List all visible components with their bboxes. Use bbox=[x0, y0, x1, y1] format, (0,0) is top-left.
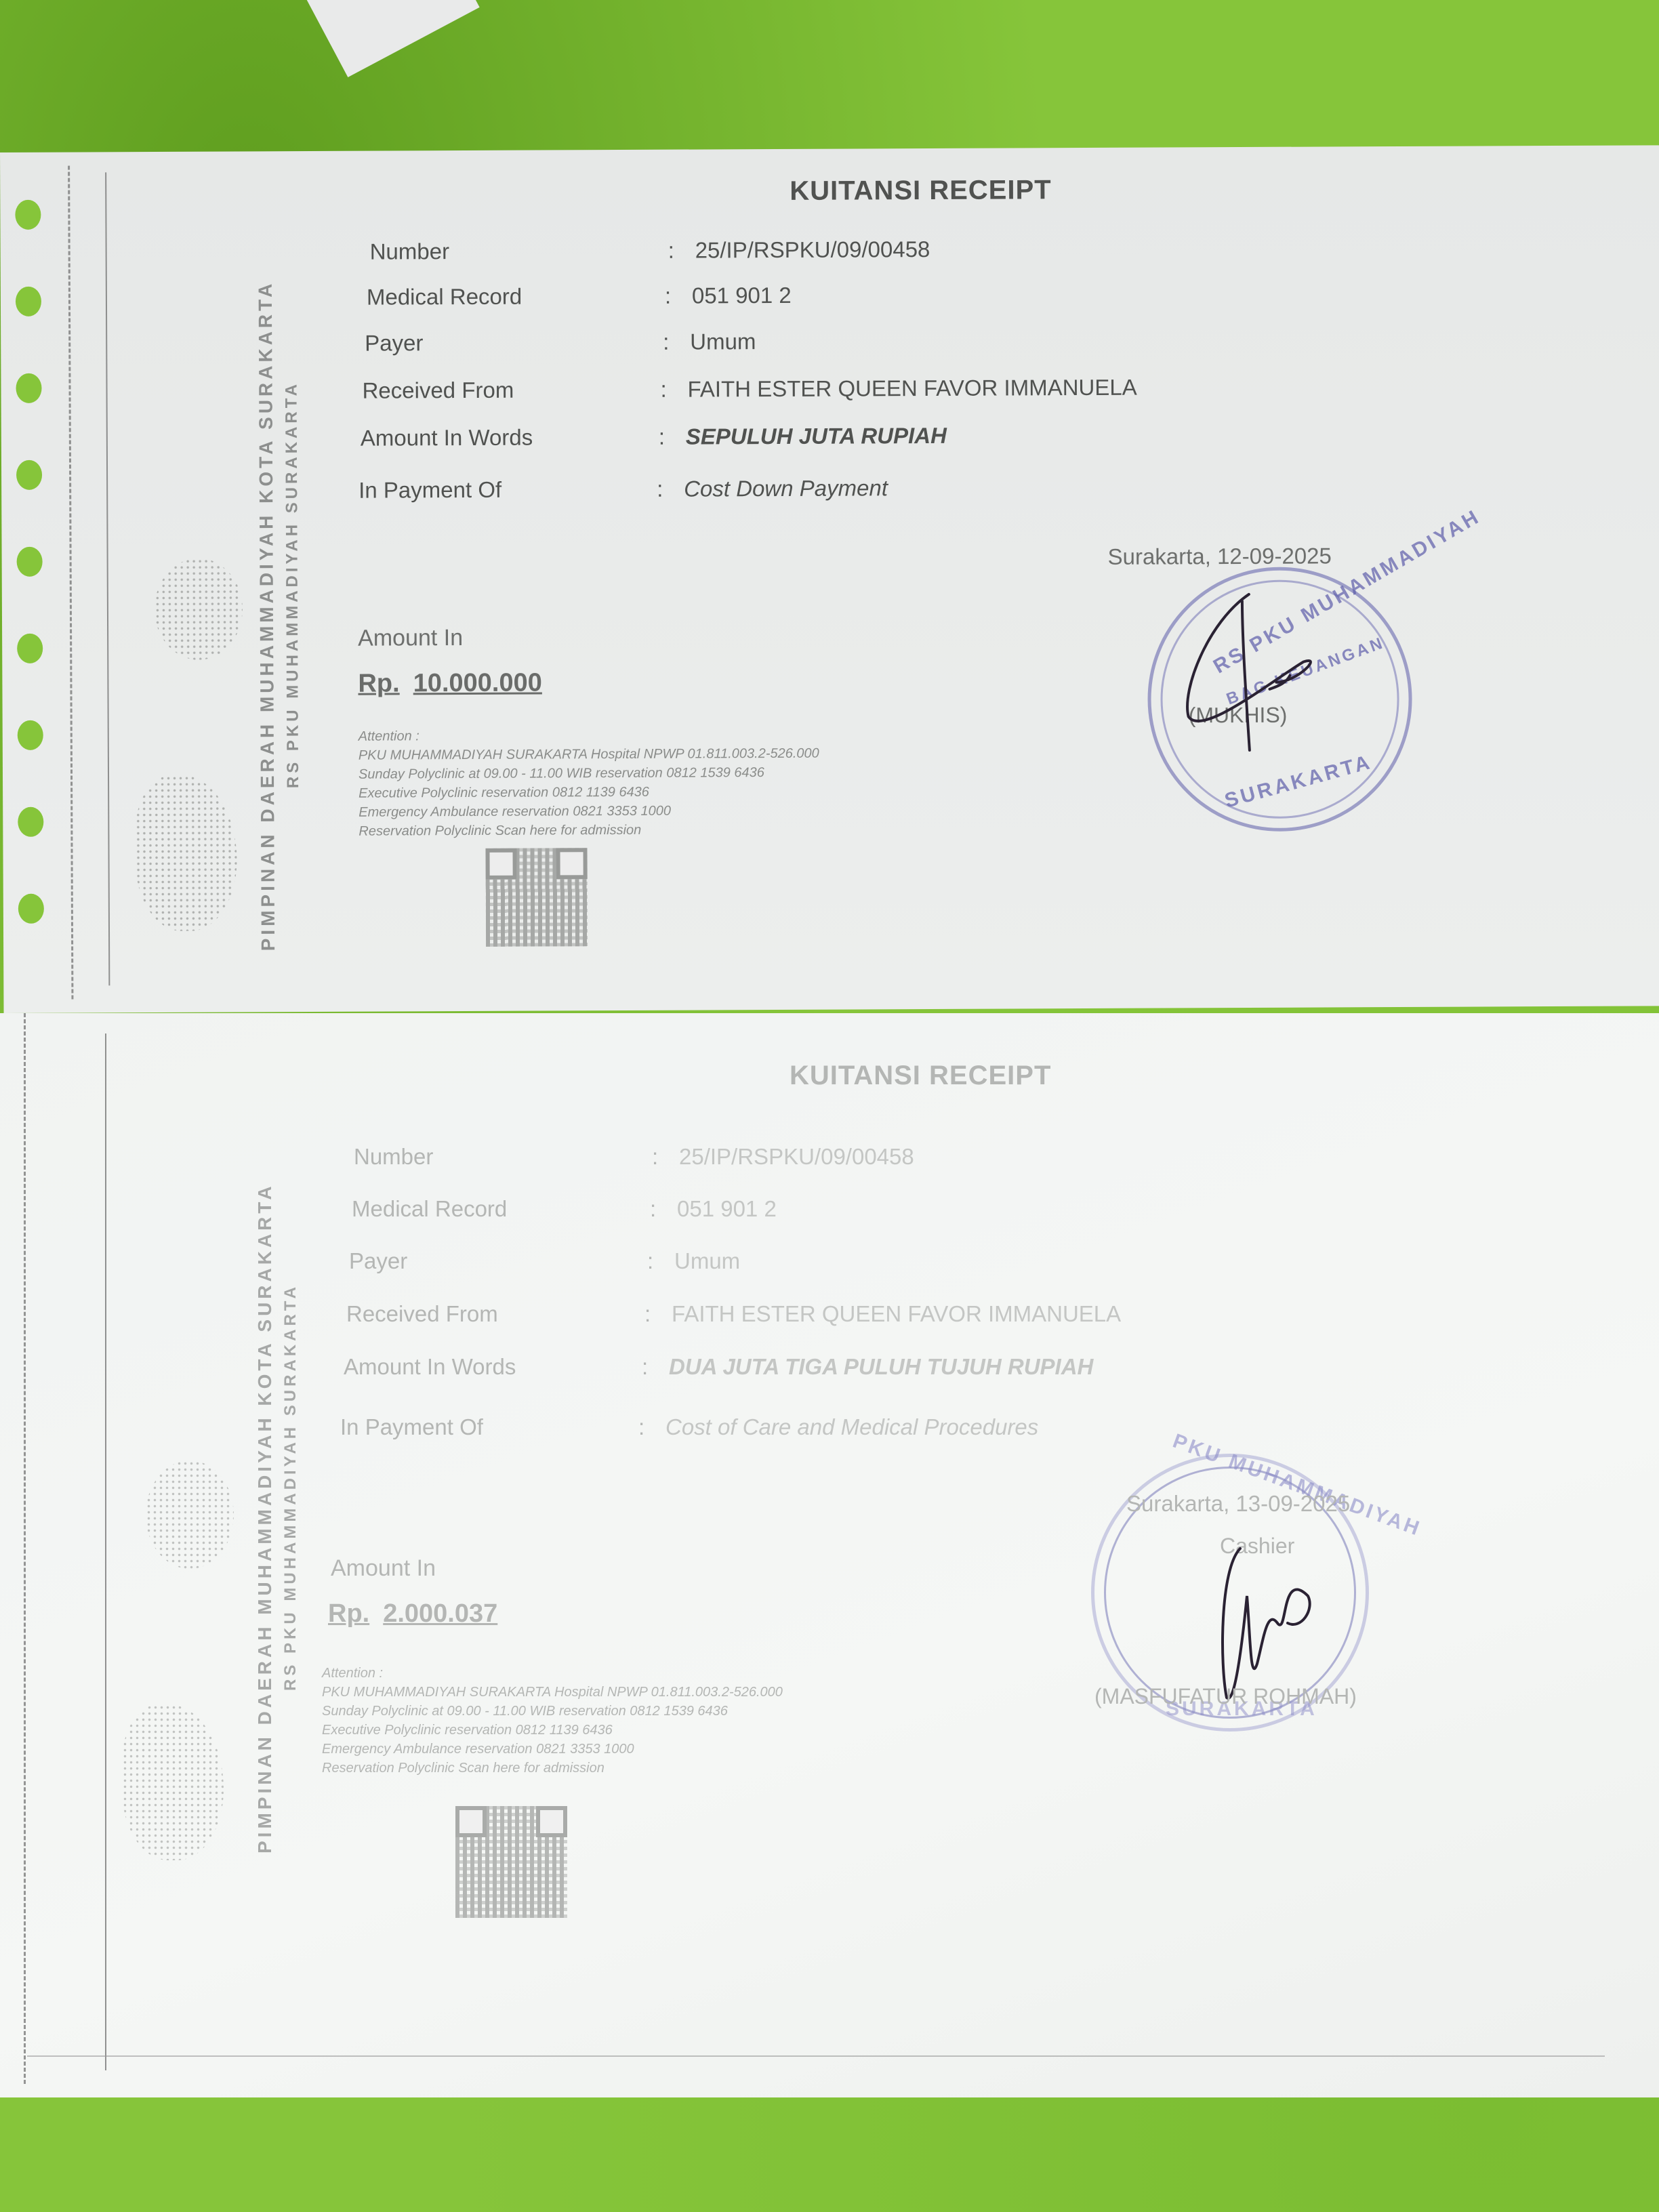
field-payment-of: In Payment Of:Cost of Care and Medical P… bbox=[340, 1414, 1038, 1440]
issuer-sidebar: PIMPINAN DAERAH MUHAMMADIYAH KOTA SURAKA… bbox=[119, 1040, 315, 1840]
amount-total: Rp.2.000.037 bbox=[328, 1599, 511, 1629]
field-payment-of: In Payment Of:Cost Down Payment bbox=[359, 475, 888, 503]
receipt-title: KUITANSI RECEIPT bbox=[790, 175, 1052, 207]
field-amount-words: Amount In Words:DUA JUTA TIGA PULUH TUJU… bbox=[344, 1354, 1093, 1380]
receipt-number: 25/IP/RSPKU/09/00458 bbox=[679, 1144, 914, 1169]
issuer-line-2: RS PKU MUHAMMADIYAH SURAKARTA bbox=[281, 1284, 300, 1691]
issuer-line-1: PIMPINAN DAERAH MUHAMMADIYAH KOTA SURAKA… bbox=[255, 281, 279, 951]
issuer-line-1: PIMPINAN DAERAH MUHAMMADIYAH KOTA SURAKA… bbox=[254, 1183, 276, 1853]
issuer-line-2: RS PKU MUHAMMADIYAH SURAKARTA bbox=[282, 381, 303, 788]
attention-notes: Attention :PKU MUHAMMADIYAH SURAKARTA Ho… bbox=[322, 1664, 783, 1778]
receipt-number: 25/IP/RSPKU/09/00458 bbox=[695, 237, 930, 263]
field-payer: Payer:Umum bbox=[349, 1248, 740, 1274]
place-date: Surakarta, 12-09-2025 bbox=[1108, 543, 1332, 569]
place-date: Surakarta, 13-09-2025 bbox=[1126, 1491, 1350, 1517]
receipt-top: PIMPINAN DAERAH MUHAMMADIYAH KOTA SURAKA… bbox=[0, 145, 1659, 1013]
qr-code bbox=[485, 848, 588, 947]
attention-notes: Attention :PKU MUHAMMADIYAH SURAKARTA Ho… bbox=[359, 725, 820, 841]
receipt-bottom: PIMPINAN DAERAH MUHAMMADIYAH KOTA SURAKA… bbox=[0, 1013, 1659, 2097]
field-medical-record: Medical Record:051 901 2 bbox=[367, 283, 792, 310]
field-number: Number:25/IP/RSPKU/09/00458 bbox=[354, 1144, 914, 1170]
field-received-from: Received From:FAITH ESTER QUEEN FAVOR IM… bbox=[362, 375, 1136, 404]
signature bbox=[1168, 580, 1345, 757]
qr-code bbox=[455, 1806, 567, 1918]
issuer-sidebar: PIMPINAN DAERAH MUHAMMADIYAH KOTA SURAKA… bbox=[119, 178, 319, 979]
field-received-from: Received From:FAITH ESTER QUEEN FAVOR IM… bbox=[346, 1301, 1121, 1327]
perforation-line bbox=[24, 1013, 26, 2084]
field-number: Number:25/IP/RSPKU/09/00458 bbox=[370, 237, 930, 265]
amount-label: Amount In bbox=[331, 1555, 436, 1582]
margin-line bbox=[105, 1033, 106, 2070]
margin-line bbox=[105, 172, 110, 985]
perforation-line bbox=[68, 166, 73, 1000]
amount-label: Amount In bbox=[358, 625, 463, 652]
field-medical-record: Medical Record:051 901 2 bbox=[352, 1196, 777, 1222]
receipt-bottom-border bbox=[27, 2055, 1605, 2057]
amount-total: Rp.10.000.000 bbox=[358, 668, 556, 698]
field-amount-words: Amount In Words:SEPULUH JUTA RUPIAH bbox=[361, 423, 947, 451]
receipt-title: KUITANSI RECEIPT bbox=[790, 1061, 1051, 1091]
signer-name: (MASFUFATUR ROHMAH) bbox=[1094, 1684, 1357, 1709]
field-payer: Payer:Umum bbox=[365, 329, 756, 356]
paper-scrap bbox=[306, 0, 479, 77]
